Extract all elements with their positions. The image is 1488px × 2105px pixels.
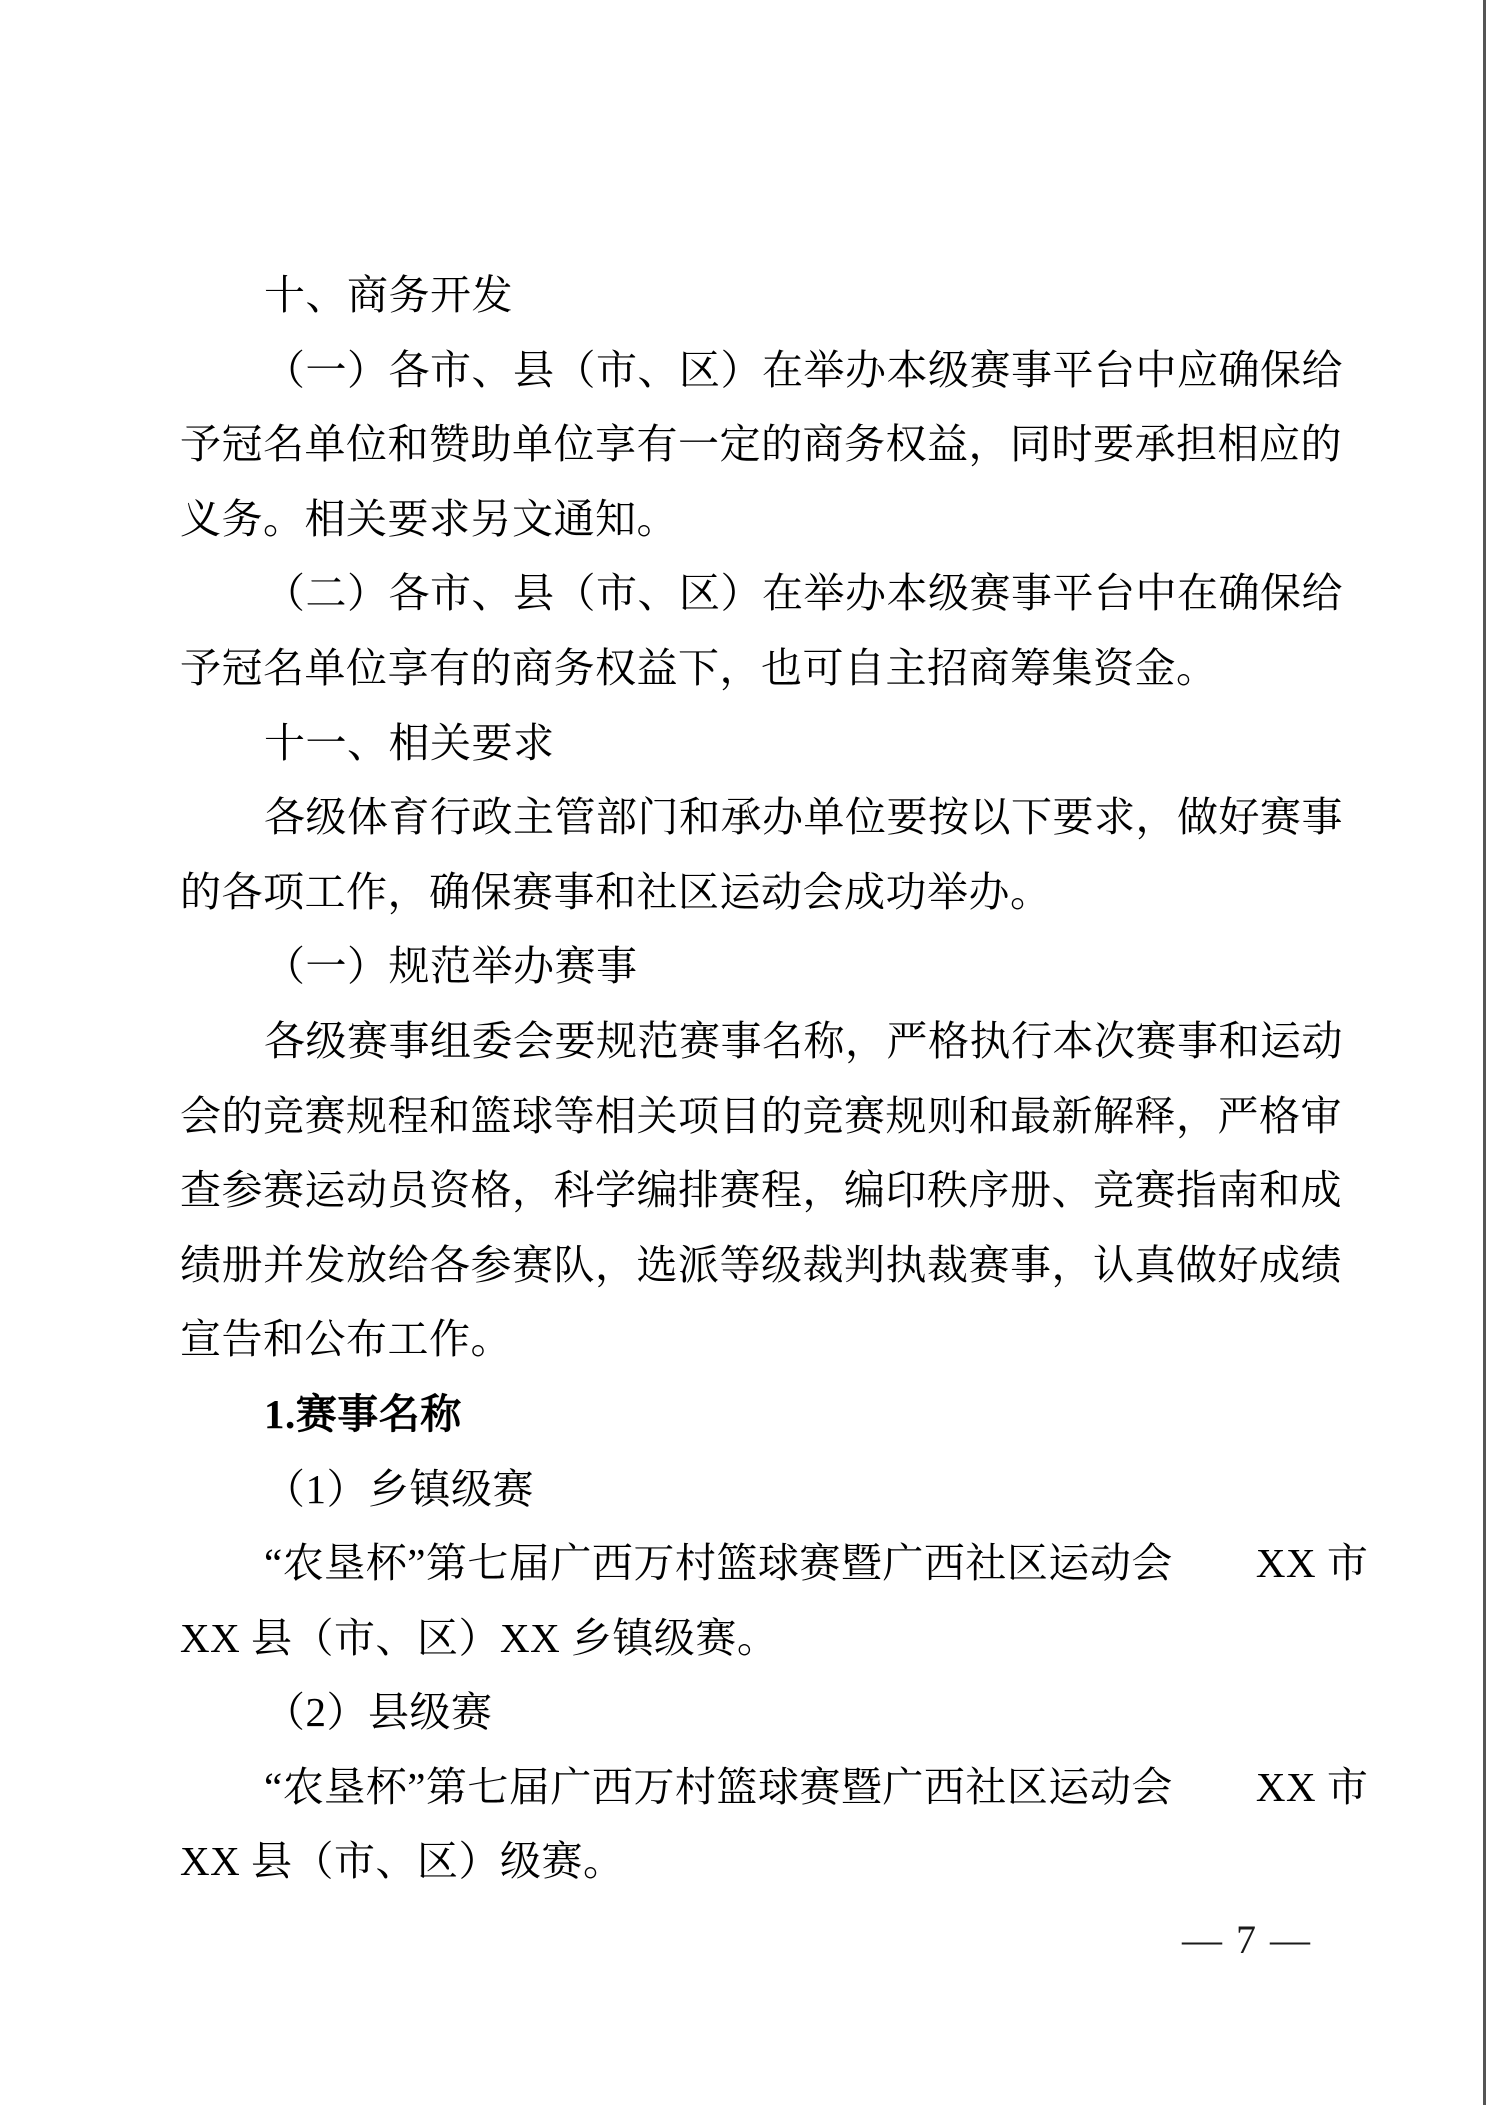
para-item-2-line-2: 予冠名单位享有的商务权益下，也可自主招商筹集资金。 [180,631,1344,706]
para-requirements-line-1: 各级体育行政主管部门和承办单位要按以下要求，做好赛事 [180,780,1344,855]
section-heading-10: 十、商务开发 [180,258,1344,333]
document-text-block: 十、商务开发 （一）各市、县（市、区）在举办本级赛事平台中应确保给 予冠名单位和… [180,258,1344,1899]
list-item-county-level: （2）县级赛 [180,1675,1344,1750]
para-item-1-line-3: 义务。相关要求另文通知。 [180,482,1344,557]
sub-heading-regulate: （一）规范举办赛事 [180,929,1344,1004]
para-committee-line-3: 查参赛运动员资格，科学编排赛程，编印秩序册、竞赛指南和成 [180,1153,1344,1228]
para-committee-line-1: 各级赛事组委会要规范赛事名称，严格执行本次赛事和运动 [180,1004,1344,1079]
para-committee-line-4: 绩册并发放给各参赛队，选派等级裁判执裁赛事，认真做好成绩 [180,1228,1344,1303]
para-item-1-line-2: 予冠名单位和赞助单位享有一定的商务权益，同时要承担相应的 [180,407,1344,482]
event-name-township-line-2: XX 县（市、区）XX 乡镇级赛。 [180,1601,1344,1676]
para-committee-line-5: 宣告和公布工作。 [180,1302,1344,1377]
document-page: 十、商务开发 （一）各市、县（市、区）在举办本级赛事平台中应确保给 予冠名单位和… [0,0,1488,2105]
para-item-1-line-1: （一）各市、县（市、区）在举办本级赛事平台中应确保给 [180,333,1344,408]
event-name-township-line-1: “农垦杯”第七届广西万村篮球赛暨广西社区运动会 XX 市 [180,1526,1344,1601]
list-item-township-level: （1）乡镇级赛 [180,1452,1344,1527]
heading-event-name: 1.赛事名称 [180,1377,1344,1452]
scan-edge-line [1483,0,1486,2105]
para-committee-line-2: 会的竞赛规程和篮球等相关项目的竞赛规则和最新解释，严格审 [180,1079,1344,1154]
event-name-county-line-1: “农垦杯”第七届广西万村篮球赛暨广西社区运动会 XX 市 [180,1750,1344,1825]
page-number: — 7 — [1182,1918,1312,1962]
para-requirements-line-2: 的各项工作，确保赛事和社区运动会成功举办。 [180,855,1344,930]
para-item-2-line-1: （二）各市、县（市、区）在举办本级赛事平台中在确保给 [180,556,1344,631]
section-heading-11: 十一、相关要求 [180,706,1344,781]
event-name-county-line-2: XX 县（市、区）级赛。 [180,1824,1344,1899]
